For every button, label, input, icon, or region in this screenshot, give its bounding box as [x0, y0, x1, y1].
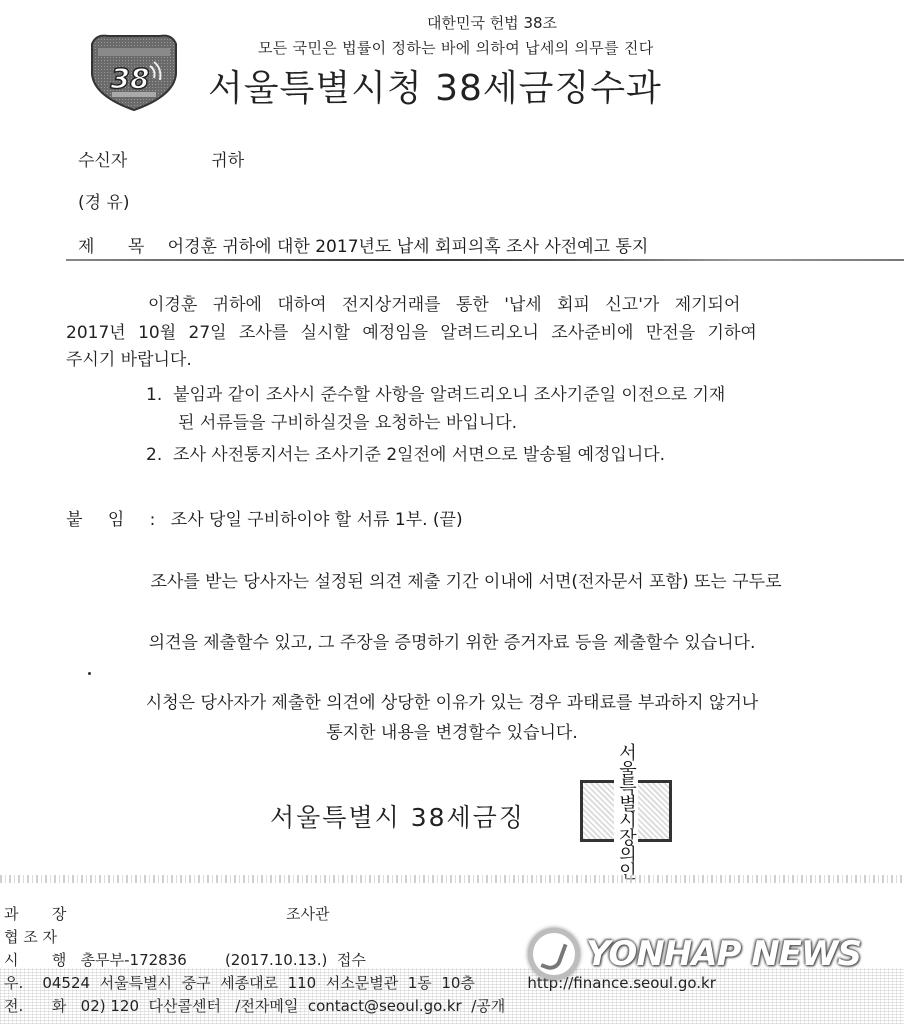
- subject-line: 제 목 어경훈 귀하에 대한 2017년도 납세 회피의혹 조사 사전예고 통지: [78, 232, 648, 257]
- list-number: 2.: [146, 445, 162, 465]
- footer-label: 전. 화: [4, 997, 66, 1015]
- list-number: 1.: [146, 385, 162, 405]
- notice-line: 통지한 내용을 변경할수 있습니다.: [0, 718, 904, 743]
- footer-label: 협 조 자: [4, 928, 57, 946]
- yonhap-logo-icon: [528, 928, 580, 980]
- seal-text: 서울특별시장의인: [614, 743, 638, 879]
- footer-divider: [0, 875, 904, 883]
- footer-label: 우.: [4, 974, 23, 992]
- constitution-reference: 대한민국 헌법 38조: [0, 12, 904, 33]
- footer-row: 시 행 총무부-172836 (2017.10.13.) 접수: [4, 949, 366, 970]
- list-text: 붙임과 같이 조사시 준수할 사항을 알려드리오니 조사기준일 이전으로 기재: [173, 385, 725, 405]
- list-item: 1. 붙임과 같이 조사시 준수할 사항을 알려드리오니 조사기준일 이전으로 …: [146, 380, 725, 405]
- attachment-text: 조사 당일 구비하이야 할 서류 1부. (끝): [171, 510, 463, 530]
- footer-value: 총무부-172836 (2017.10.13.) 접수: [81, 951, 366, 969]
- constitution-text: 모든 국민은 법률이 정하는 바에 의하여 납세의 의무를 진다: [258, 37, 654, 58]
- stray-mark: [88, 672, 91, 675]
- footer-row: 협 조 자: [4, 926, 57, 947]
- recipient-line: 수신자귀하: [78, 146, 244, 171]
- svg-text:38: 38: [111, 62, 150, 95]
- footer-label: 시 행: [4, 951, 66, 969]
- body-paragraph-line: 주시기 바랍니다.: [66, 345, 192, 370]
- attachment-label: 붙 임 :: [66, 510, 165, 530]
- footer-row: 전. 화 02) 120 다산콜센터 /전자메일 contact@seoul.g…: [4, 995, 505, 1016]
- issuer-signature: 서울특별시 38세금징: [270, 798, 525, 834]
- subject-text: 어경훈 귀하에 대한 2017년도 납세 회피의혹 조사 사전예고 통지: [168, 237, 649, 257]
- attachment-line: 붙 임 : 조사 당일 구비하이야 할 서류 1부. (끝): [66, 505, 463, 530]
- recipient-suffix: 귀하: [211, 151, 244, 171]
- yonhap-watermark: YONHAP NEWS: [528, 928, 888, 980]
- list-item: 2. 조사 사전통지서는 조사기준 2일전에 서면으로 발송될 예정입니다.: [146, 440, 665, 465]
- notice-line: 의견을 제출할수 있고, 그 주장을 증명하기 위한 증거자료 등을 제출할수 …: [0, 628, 904, 653]
- page-title: 서울특별시청 38세금징수과: [208, 60, 662, 111]
- body-paragraph-line: 이경훈 귀하에 대하여 전지상거래를 통한 '납세 회피 신고'가 제기되어: [148, 290, 740, 315]
- list-text: 조사 사전통지서는 조사기준 2일전에 서면으로 발송될 예정입니다.: [173, 445, 665, 465]
- watermark-text: YONHAP NEWS: [586, 934, 861, 974]
- list-item-continuation: 된 서류들을 구비하실것을 요청하는 바입니다.: [178, 408, 517, 433]
- subject-divider: [66, 259, 904, 261]
- footer-value: 02) 120 다산콜센터 /전자메일 contact@seoul.go.kr …: [81, 997, 506, 1015]
- footer-row: 과 장 조사관: [4, 903, 66, 924]
- footer-extra: 조사관: [286, 903, 329, 924]
- footer-label: 과 장: [4, 905, 66, 923]
- notice-line: 조사를 받는 당사자는 설정된 의견 제출 기간 이내에 서면(전자문서 포함)…: [0, 567, 904, 592]
- via-label: (경 유): [78, 188, 130, 213]
- recipient-label: 수신자: [78, 151, 127, 171]
- subject-label: 제 목: [78, 237, 158, 257]
- official-seal-stamp-icon: 서울특별시장의인: [580, 780, 672, 842]
- 38-shield-emblem-icon: 38: [86, 30, 182, 112]
- body-paragraph-line: 2017년 10월 27일 조사를 실시할 예정임을 알려드리오니 조사준비에 …: [66, 318, 757, 343]
- notice-line: 시청은 당사자가 제출한 의견에 상당한 이유가 있는 경우 과태료를 부과하지…: [0, 688, 904, 713]
